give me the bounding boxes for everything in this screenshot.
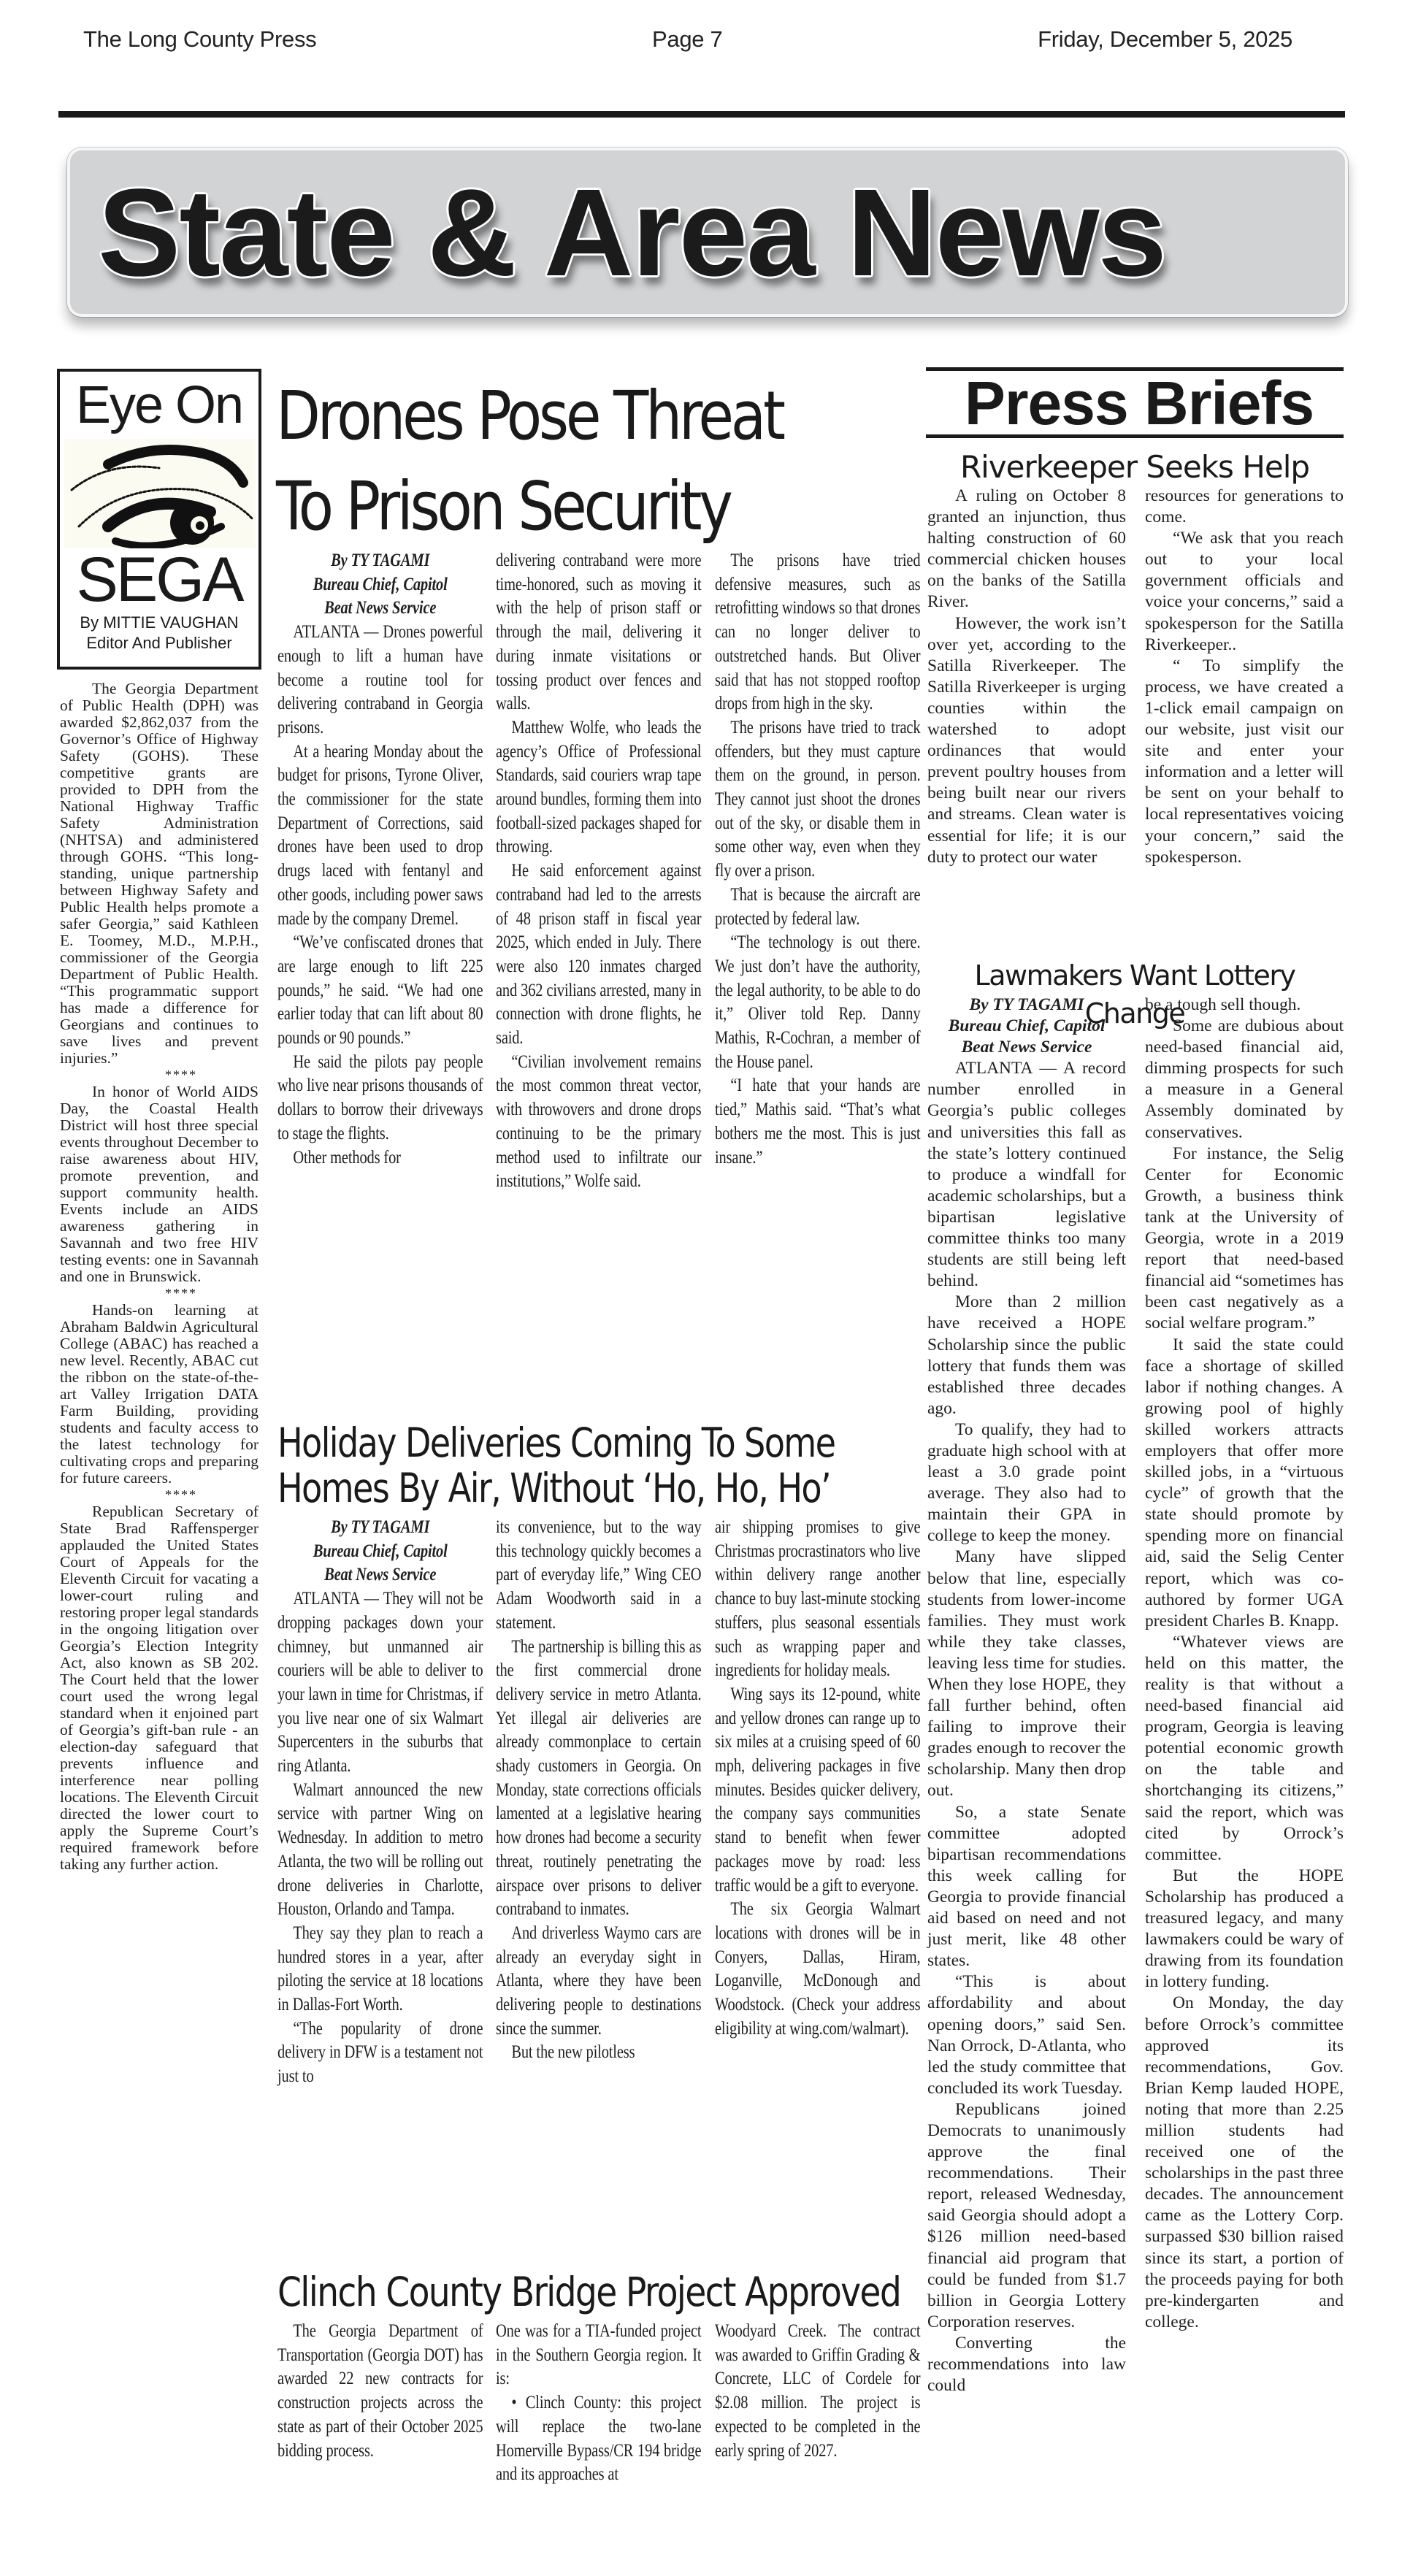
paragraph: Woodyard Creek. The contract was awarded…: [715, 2320, 920, 2463]
paragraph: Some are dubious about need-based financ…: [1145, 1016, 1344, 1143]
headline-line: To Prison Security: [276, 461, 916, 552]
byline-author: By TY TAGAMI: [277, 549, 483, 573]
separator: ****: [60, 1285, 258, 1302]
paragraph: However, the work isn’t over yet, accord…: [927, 613, 1126, 868]
paragraph: Republicans joined Democrats to unanimou…: [927, 2099, 1126, 2333]
page-number: Page 7: [652, 26, 722, 53]
paragraph: More than 2 million have received a HOPE…: [927, 1292, 1126, 1419]
column-title-top: Eye On: [60, 377, 258, 433]
paragraph: “This is about affordability and about o…: [927, 1971, 1126, 2099]
paragraph: At a hearing Monday about the budget for…: [277, 740, 483, 932]
holiday-article-body: By TY TAGAMI Bureau Chief, Capitol Beat …: [277, 1516, 920, 2089]
paragraph: Converting the recommendations into law …: [927, 2333, 1126, 2396]
paragraph: Matthew Wolfe, who leads the agency’s Of…: [496, 716, 701, 859]
paragraph: But the new pilotless: [496, 2041, 701, 2065]
byline-service: Beat News Service: [277, 1563, 483, 1587]
holiday-headline: Holiday Deliveries Coming To Some Homes …: [277, 1420, 916, 1511]
paragraph: The prisons have tried to track offender…: [715, 716, 920, 883]
clinch-headline: Clinch County Bridge Project Approved: [277, 2269, 924, 2315]
paragraph: So, a state Senate committee adopted bip…: [927, 1802, 1126, 1972]
paragraph: It said the state could face a shortage …: [1145, 1335, 1344, 1632]
paragraph: “Whatever views are held on this matter,…: [1145, 1632, 1344, 1866]
paragraph: resources for generations to come.: [1145, 486, 1344, 528]
paragraph: And driverless Waymo cars are already an…: [496, 1922, 701, 2042]
brief-item: Hands-on learning at Abraham Baldwin Agr…: [60, 1302, 258, 1487]
paragraph: That is because the aircraft are protect…: [715, 883, 920, 931]
paragraph: its convenience, but to the way this tec…: [496, 1516, 701, 1636]
byline-title: Bureau Chief, Capitol: [927, 1016, 1126, 1037]
byline-service: Beat News Service: [927, 1037, 1126, 1058]
article-column: resources for generations to come. “We a…: [1145, 486, 1344, 868]
article-column: A ruling on October 8 granted an injunct…: [927, 486, 1126, 868]
section-banner: State & Area News: [67, 147, 1348, 317]
bullet-item: • Clinch County: this project will repla…: [496, 2391, 701, 2487]
paragraph: One was for a TIA-funded project in the …: [496, 2320, 701, 2391]
paragraph: “ To simplify the process, we have creat…: [1145, 656, 1344, 868]
paragraph: The Georgia Department of Transportation…: [277, 2320, 483, 2463]
eye-illustration-icon: [64, 439, 256, 548]
separator: ****: [60, 1487, 258, 1503]
column-title-bottom: SEGA: [60, 547, 258, 613]
brief-item: The Georgia Department of Public Health …: [60, 681, 258, 1067]
article-column: Woodyard Creek. The contract was awarded…: [715, 2320, 920, 2487]
column-byline: By MITTIE VAUGHAN: [60, 613, 258, 633]
paragraph: But the HOPE Scholarship has produced a …: [1145, 1866, 1344, 1993]
headline-line: Holiday Deliveries Coming To Some: [277, 1420, 916, 1465]
lottery-body: By TY TAGAMI Bureau Chief, Capitol Beat …: [927, 994, 1344, 2396]
paragraph: ATLANTA — They will not be dropping pack…: [277, 1587, 483, 1779]
paragraph: To qualify, they had to graduate high sc…: [927, 1419, 1126, 1547]
paragraph: On Monday, the day before Orrock’s commi…: [1145, 1993, 1344, 2333]
clinch-article-body: The Georgia Department of Transportation…: [277, 2320, 920, 2487]
column-author-role: Editor And Publisher: [60, 633, 258, 653]
article-column: air shipping promises to give Christmas …: [715, 1516, 920, 2089]
article-column: be a tough sell though. Some are dubious…: [1145, 994, 1344, 2396]
eye-on-sega-logo-box: Eye On SEGA By MITTIE VAUGHAN Editor And…: [57, 369, 261, 670]
paragraph: Other methods for: [277, 1146, 483, 1170]
article-column: One was for a TIA-funded project in the …: [496, 2320, 701, 2487]
headline-line: Homes By Air, Without ‘Ho, Ho, Ho’: [277, 1465, 916, 1511]
byline-author: By TY TAGAMI: [927, 994, 1126, 1016]
brief-item: In honor of World AIDS Day, the Coastal …: [60, 1084, 258, 1285]
paragraph: “The popularity of drone delivery in DFW…: [277, 2017, 483, 2089]
paragraph: Many have slipped below that line, espec…: [927, 1546, 1126, 1801]
byline-service: Beat News Service: [277, 597, 483, 621]
paragraph: be a tough sell though.: [1145, 994, 1344, 1016]
header-rule: [58, 111, 1345, 118]
paragraph: “We’ve confiscated drones that are large…: [277, 931, 483, 1051]
paragraph: “Civilian involvement remains the most c…: [496, 1051, 701, 1194]
drones-headline: Drones Pose Threat To Prison Security: [276, 371, 916, 552]
paragraph: Walmart announced the new service with p…: [277, 1779, 483, 1922]
paragraph: Wing says its 12-pound, white and yellow…: [715, 1683, 920, 1898]
issue-date: Friday, December 5, 2025: [1038, 26, 1292, 53]
paragraph: The six Georgia Walmart locations with d…: [715, 1898, 920, 2041]
paragraph: The prisons have tried defensive measure…: [715, 549, 920, 716]
article-column: its convenience, but to the way this tec…: [496, 1516, 701, 2089]
article-column: By TY TAGAMI Bureau Chief, Capitol Beat …: [277, 1516, 483, 2089]
paragraph: ATLANTA — A record number enrolled in Ge…: [927, 1058, 1126, 1292]
eye-on-sega-column: The Georgia Department of Public Health …: [60, 681, 258, 1873]
article-column: delivering contraband were more time-hon…: [496, 549, 701, 1194]
article-column: By TY TAGAMI Bureau Chief, Capitol Beat …: [277, 549, 483, 1194]
paragraph: They say they plan to reach a hundred st…: [277, 1922, 483, 2017]
press-briefs-title: Press Briefs: [935, 371, 1344, 435]
article-column: The Georgia Department of Transportation…: [277, 2320, 483, 2487]
paper-name: The Long County Press: [83, 26, 316, 53]
press-briefs-rule-bottom: [926, 434, 1344, 438]
paragraph: The partnership is billing this as the f…: [496, 1636, 701, 1922]
byline-title: Bureau Chief, Capitol: [277, 573, 483, 597]
paragraph: delivering contraband were more time-hon…: [496, 549, 701, 716]
headline-line: Drones Pose Threat: [276, 371, 916, 461]
byline-author: By TY TAGAMI: [277, 1516, 483, 1540]
separator: ****: [60, 1067, 258, 1084]
paragraph: He said enforcement against contraband h…: [496, 859, 701, 1051]
article-column: By TY TAGAMI Bureau Chief, Capitol Beat …: [927, 994, 1126, 2396]
article-column: The prisons have tried defensive measure…: [715, 549, 920, 1194]
paragraph: “I hate that your hands are tied,” Mathi…: [715, 1074, 920, 1170]
paragraph: For instance, the Selig Center for Econo…: [1145, 1143, 1344, 1335]
paragraph: A ruling on October 8 granted an injunct…: [927, 486, 1126, 613]
section-title: State & Area News: [98, 164, 1165, 302]
paragraph: air shipping promises to give Christmas …: [715, 1516, 920, 1683]
paragraph: “The technology is out there. We just do…: [715, 931, 920, 1074]
byline-title: Bureau Chief, Capitol: [277, 1540, 483, 1564]
riverkeeper-body: A ruling on October 8 granted an injunct…: [927, 486, 1344, 868]
paragraph: “We ask that you reach out to your local…: [1145, 528, 1344, 656]
paragraph: ATLANTA — Drones powerful enough to lift…: [277, 621, 483, 740]
brief-item: Republican Secretary of State Brad Raffe…: [60, 1503, 258, 1873]
paragraph: He said the pilots pay people who live n…: [277, 1051, 483, 1146]
riverkeeper-headline: Riverkeeper Seeks Help: [926, 447, 1344, 488]
drones-article-body: By TY TAGAMI Bureau Chief, Capitol Beat …: [277, 549, 920, 1194]
